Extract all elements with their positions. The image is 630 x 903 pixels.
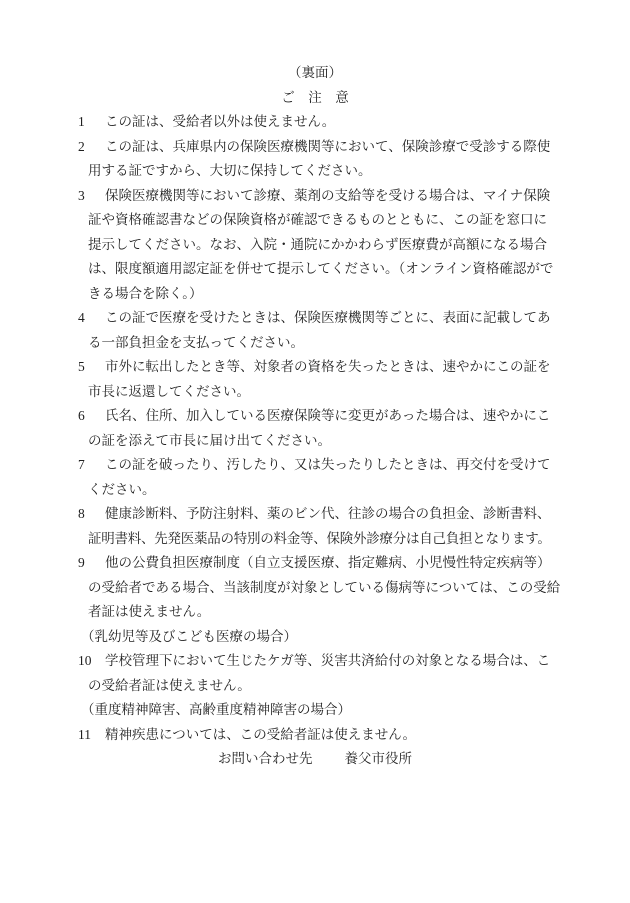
note-line: 11精神疾患については、この受給者証は使えません。: [78, 723, 552, 748]
note-number: 1: [78, 110, 105, 135]
note-line: ください。: [88, 478, 552, 503]
note-line: 1この証は、受給者以外は使えません。: [78, 110, 552, 135]
side-label: （裏面）: [78, 61, 552, 86]
note-item-6: 6氏名、住所、加入している医療保険等に変更があった場合は、速やかにこ の証を添え…: [78, 404, 552, 453]
note-text: 健康診断料、予防注射料、薬のビン代、往診の場合の負担金、診断書料、: [105, 506, 551, 521]
note-line: 6氏名、住所、加入している医療保険等に変更があった場合は、速やかにこ: [78, 404, 552, 429]
note-line: 7この証を破ったり、汚したり、又は失ったりしたときは、再交付を受けて: [78, 453, 552, 478]
note-number: 4: [78, 306, 105, 331]
note-line: 10学校管理下において生じたケガ等、災害共済給付の対象となる場合は、こ: [78, 649, 552, 674]
note-number: 3: [78, 184, 105, 209]
section-label-child-medical: （乳幼児等及びこども医療の場合）: [81, 625, 552, 650]
note-line: の受給者である場合、当該制度が対象としている傷病等については、この受給: [88, 576, 552, 601]
note-item-8: 8健康診断料、予防注射料、薬のビン代、往診の場合の負担金、診断書料、 証明書料、…: [78, 502, 552, 551]
note-item-4: 4この証で医療を受けたときは、保険医療機関等ごとに、表面に記載してあ る一部負担…: [78, 306, 552, 355]
note-line: 5市外に転出したとき等、対象者の資格を失ったときは、速やかにこの証を: [78, 355, 552, 380]
note-line: 証明書料、先発医薬品の特別の料金等、保険外診療分は自己負担となります。: [88, 527, 552, 552]
note-item-11: 11精神疾患については、この受給者証は使えません。: [78, 723, 552, 748]
note-line: は、限度額適用認定証を併せて提示してください。（オンライン資格確認がで: [88, 257, 552, 282]
note-line: 市長に返還してください。: [88, 380, 552, 405]
section-label-mental-disability: （重度精神障害、高齢重度精神障害の場合）: [81, 698, 552, 723]
note-text: この証を破ったり、汚したり、又は失ったりしたときは、再交付を受けて: [105, 457, 551, 472]
note-line: きる場合を除く。）: [88, 282, 552, 307]
note-number: 9: [78, 551, 105, 576]
note-text: この証は、兵庫県内の保険医療機関等において、保険診療で受診する際使: [105, 139, 550, 154]
notice-title: ご 注 意: [78, 86, 552, 111]
note-item-7: 7この証を破ったり、汚したり、又は失ったりしたときは、再交付を受けて ください。: [78, 453, 552, 502]
note-line: 3保険医療機関等において診療、薬剤の支給等を受ける場合は、マイナ保険: [78, 184, 552, 209]
note-number: 11: [78, 723, 105, 748]
note-line: 8健康診断料、予防注射料、薬のビン代、往診の場合の負担金、診断書料、: [78, 502, 552, 527]
note-line: 者証は使えません。: [88, 600, 552, 625]
note-item-3: 3保険医療機関等において診療、薬剤の支給等を受ける場合は、マイナ保険 証や資格確…: [78, 184, 552, 307]
note-number: 2: [78, 135, 105, 160]
note-text: 市外に転出したとき等、対象者の資格を失ったときは、速やかにこの証を: [105, 359, 551, 374]
note-line: 4この証で医療を受けたときは、保険医療機関等ごとに、表面に記載してあ: [78, 306, 552, 331]
note-line: 2この証は、兵庫県内の保険医療機関等において、保険診療で受診する際使: [78, 135, 552, 160]
note-item-10: 10学校管理下において生じたケガ等、災害共済給付の対象となる場合は、こ の受給者…: [78, 649, 552, 698]
note-line: る一部負担金を支払ってください。: [88, 331, 552, 356]
note-line: 提示してください。なお、入院・通院にかかわらず医療費が高額になる場合: [88, 233, 552, 258]
note-text: 他の公費負担医療制度（自立支援医療、指定難病、小児慢性特定疾病等）: [105, 555, 551, 570]
note-item-5: 5市外に転出したとき等、対象者の資格を失ったときは、速やかにこの証を 市長に返還…: [78, 355, 552, 404]
note-number: 5: [78, 355, 105, 380]
note-text: この証で医療を受けたときは、保険医療機関等ごとに、表面に記載してあ: [105, 310, 551, 325]
note-number: 6: [78, 404, 105, 429]
notice-content: （裏面） ご 注 意 1この証は、受給者以外は使えません。 2この証は、兵庫県内…: [78, 61, 552, 772]
contact-line: お問い合わせ先養父市役所: [218, 747, 552, 772]
note-item-1: 1この証は、受給者以外は使えません。: [78, 110, 552, 135]
note-number: 8: [78, 502, 105, 527]
contact-office: 養父市役所: [345, 751, 413, 766]
note-text: この証は、受給者以外は使えません。: [105, 114, 335, 129]
note-text: 学校管理下において生じたケガ等、災害共済給付の対象となる場合は、こ: [105, 653, 550, 668]
note-text: 保険医療機関等において診療、薬剤の支給等を受ける場合は、マイナ保険: [105, 188, 550, 203]
note-text: 氏名、住所、加入している医療保険等に変更があった場合は、速やかにこ: [105, 408, 550, 423]
note-number: 10: [78, 649, 105, 674]
note-line: 用する証ですから、大切に保持してください。: [88, 159, 552, 184]
note-number: 7: [78, 453, 105, 478]
contact-label: お問い合わせ先: [218, 751, 313, 766]
note-line: 9他の公費負担医療制度（自立支援医療、指定難病、小児慢性特定疾病等）: [78, 551, 552, 576]
note-line: 証や資格確認書などの保険資格が確認できるものとともに、この証を窓口に: [88, 208, 552, 233]
note-text: 精神疾患については、この受給者証は使えません。: [105, 727, 416, 742]
note-item-9: 9他の公費負担医療制度（自立支援医療、指定難病、小児慢性特定疾病等） の受給者で…: [78, 551, 552, 625]
note-line: の証を添えて市長に届け出てください。: [88, 429, 552, 454]
note-line: の受給者証は使えません。: [88, 674, 552, 699]
notice-page-back: （裏面） ご 注 意 1この証は、受給者以外は使えません。 2この証は、兵庫県内…: [0, 0, 630, 903]
note-item-2: 2この証は、兵庫県内の保険医療機関等において、保険診療で受診する際使 用する証で…: [78, 135, 552, 184]
